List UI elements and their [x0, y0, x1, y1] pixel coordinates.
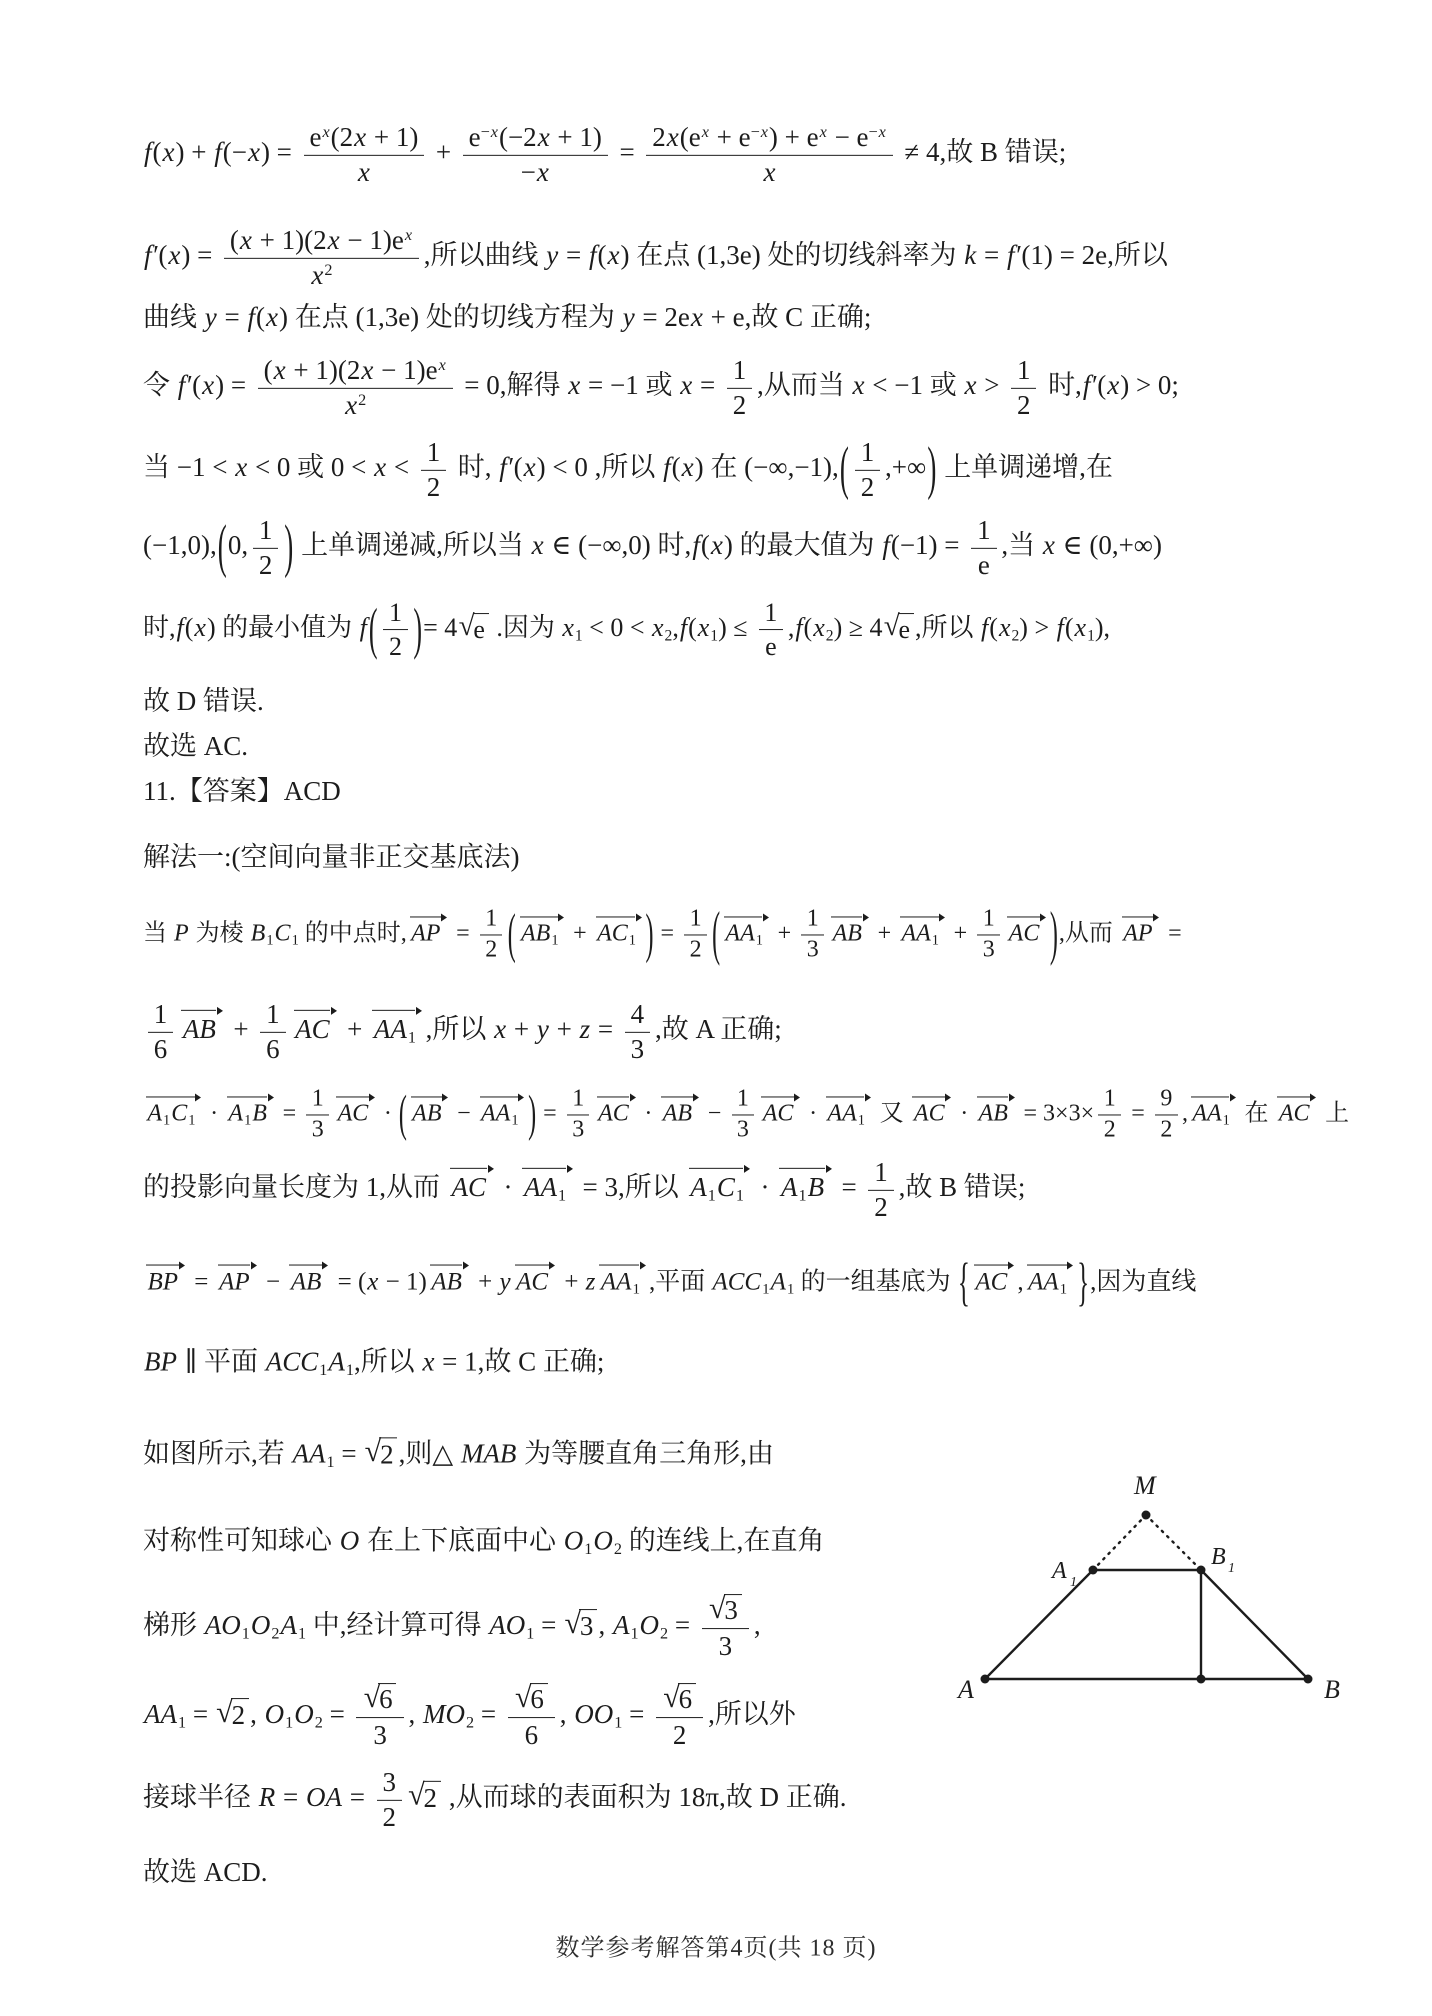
numerator: 1 — [1011, 355, 1036, 389]
math-text: ,所以 — [915, 613, 980, 642]
math-text: ) 在 (−∞,−1), — [695, 452, 839, 482]
math-text: ) = — [215, 370, 253, 400]
math-text: , — [250, 1699, 264, 1729]
subscript: 1 — [292, 933, 299, 949]
math-text: 上单调递增,在 — [937, 452, 1113, 482]
math-variable: C — [716, 1172, 736, 1202]
numerator: (x + 1)(2x − 1)ex — [258, 355, 453, 389]
math-text: + 1)(2 — [253, 225, 327, 255]
math-text: 1 — [558, 1187, 566, 1205]
radical-sign: √ — [515, 1682, 532, 1712]
math-text: − 1)e — [341, 225, 404, 255]
stretched-paren: } — [1077, 1251, 1089, 1317]
math-text: ( — [514, 452, 523, 482]
math-text: ) 的最大值为 — [724, 530, 882, 560]
subscript: 1 — [178, 1714, 186, 1732]
math-text: ,所以曲线 — [424, 240, 546, 270]
math-text: 1 — [266, 933, 273, 949]
label-a1: A — [1050, 1558, 1067, 1584]
stretched-paren: { — [958, 1251, 970, 1317]
numerator: 1 — [684, 905, 707, 935]
math-variable: O — [592, 1526, 614, 1556]
math-text: .因为 — [490, 613, 562, 642]
math-fraction: 12 — [383, 598, 407, 662]
math-variable: AB — [182, 1014, 217, 1044]
math-text: 2 — [232, 1700, 246, 1730]
math-text: = — [977, 240, 1006, 270]
math-variable: y — [545, 240, 559, 270]
math-text: 在 — [1238, 1101, 1274, 1127]
math-variable: x — [310, 260, 324, 290]
math-text: 2 — [485, 937, 497, 963]
math-text: = — [537, 1101, 563, 1127]
solution-line: BP = AP − AB = (x − 1)AB + yAC + zAA1,平面… — [143, 1257, 1196, 1300]
math-text: (−1,0), — [143, 530, 217, 560]
math-text: ( — [688, 613, 697, 642]
vector-overarrow: AA1 — [371, 1001, 424, 1047]
math-variable: x — [201, 370, 215, 400]
math-text: = — [654, 921, 680, 947]
math-text: = — [474, 1699, 503, 1729]
math-variable: x — [998, 613, 1012, 642]
math-text: − 1) — [379, 1269, 426, 1296]
math-text: , — [1182, 1101, 1188, 1127]
math-variable: x — [697, 613, 711, 642]
math-text: = — [276, 1782, 305, 1812]
math-text: = 2e — [636, 302, 690, 332]
math-text: ( — [153, 137, 162, 167]
vector-overarrow: AC — [513, 1257, 556, 1296]
vector-overarrow: AB — [976, 1089, 1016, 1127]
math-text: 上 — [1319, 1101, 1349, 1127]
numerator: √3 — [702, 1594, 749, 1629]
stretched-paren: ) — [528, 1084, 536, 1147]
stretched-paren: ) — [284, 511, 293, 585]
math-text: 的连线上,在直角 — [622, 1526, 825, 1556]
math-variable: O — [639, 1610, 661, 1640]
math-variable: AC — [337, 1101, 370, 1127]
math-text: 1 — [346, 1361, 354, 1379]
math-text: 3 — [373, 1720, 387, 1750]
math-fraction: 12 — [684, 905, 707, 964]
document-page: f(x) + f(−x) = ex(2x + 1)x + e−x(−2x + 1… — [0, 0, 1432, 2016]
math-text: e — [978, 550, 990, 580]
math-variable: AO — [488, 1610, 526, 1640]
solution-line: 曲线 y = f(x) 在点 (1,3e) 处的切线方程为 y = 2ex + … — [143, 301, 871, 335]
math-variable: OA — [305, 1782, 343, 1812]
vector-overarrow: A1C1 — [687, 1159, 752, 1205]
math-text: ,故 A 正确; — [655, 1014, 782, 1044]
math-variable: x — [273, 355, 287, 385]
numerator: 1 — [148, 999, 173, 1033]
math-variable: x — [763, 157, 777, 187]
math-text: (−2 — [499, 122, 537, 152]
math-text: ,故 B 错误; — [899, 1172, 1026, 1202]
math-variable: OO — [573, 1699, 614, 1729]
numerator: 1 — [480, 905, 503, 935]
solution-line: 解法一:(空间向量非正交基底法) — [143, 841, 519, 875]
math-variable: f — [359, 613, 368, 642]
denominator: 6 — [154, 1033, 168, 1066]
numerator: (x + 1)(2x − 1)ex — [224, 225, 419, 259]
math-text: − 1)e — [374, 355, 437, 385]
square-root: √3 — [709, 1594, 742, 1627]
math-variable: AP — [218, 1269, 251, 1296]
math-variable: AC — [974, 1269, 1008, 1296]
subscript: 2 — [315, 1714, 323, 1732]
math-variable: f — [176, 613, 185, 642]
math-text: 1 — [1017, 355, 1031, 385]
stretched-paren: ( — [369, 594, 378, 666]
subscript: 1 — [710, 627, 718, 644]
square-root: √e — [459, 613, 489, 647]
math-variable: x — [651, 613, 665, 642]
math-variable: x — [681, 452, 695, 482]
solution-line: 16AB + 16AC + AA1,所以 x + y + z = 43,故 A … — [143, 999, 782, 1065]
subscript: 1 — [408, 1029, 416, 1047]
math-text: 1 — [298, 1625, 306, 1643]
math-text: ) = — [181, 240, 219, 270]
math-text: 3 — [719, 1631, 733, 1661]
denominator: 2 — [1104, 1116, 1116, 1145]
solution-line: 如图所示,若 AA1 = √2,则△ MAB 为等腰直角三角形,由 — [143, 1437, 774, 1472]
math-variable: f′ — [1006, 240, 1021, 270]
radicand: 6 — [378, 1683, 396, 1716]
math-text: = — [1125, 1101, 1151, 1127]
math-variable: MO — [422, 1699, 466, 1729]
vector-overarrow: AC1 — [594, 909, 643, 949]
math-variable: x — [536, 157, 550, 187]
math-text: ,当 — [1001, 530, 1042, 560]
math-text: 3 — [737, 1117, 749, 1143]
math-text: = — [343, 1782, 372, 1812]
math-variable: AP — [1122, 921, 1153, 947]
math-text: > — [977, 370, 1006, 400]
math-text: 2 — [826, 627, 834, 644]
math-variable: x — [357, 157, 371, 187]
solution-line: 当 P 为棱 B1C1 的中点时,AP = 12(AB1 + AC1) = 12… — [143, 905, 1182, 964]
numerator: 4 — [625, 999, 650, 1033]
radical-sign: √ — [364, 1682, 381, 1712]
math-fraction: 2x(ex + e−x) + ex − e−xx — [646, 122, 893, 188]
math-text: 1 — [632, 1282, 640, 1298]
math-text: · — [754, 1172, 777, 1202]
math-variable: x — [239, 225, 253, 255]
math-variable: A — [780, 1172, 799, 1202]
math-variable: x — [321, 123, 330, 141]
math-text: = — [622, 1699, 651, 1729]
math-variable: AB — [411, 1101, 442, 1127]
math-variable: y — [622, 302, 636, 332]
subscript: 2 — [660, 1625, 668, 1643]
numerator: 1 — [732, 1085, 755, 1115]
denominator: 2 — [874, 1191, 888, 1224]
math-variable: AA — [373, 1014, 408, 1044]
math-text: + — [429, 137, 458, 167]
radicand: 2 — [423, 1781, 441, 1816]
math-text: 0, — [228, 530, 248, 560]
math-fraction: 1e — [971, 515, 996, 581]
numerator: 3 — [377, 1767, 402, 1801]
math-text: 的一组基底为 — [794, 1269, 957, 1296]
math-text: 令 — [143, 370, 177, 400]
math-text: = 1,故 C 正确; — [435, 1347, 604, 1377]
math-variable: MAB — [460, 1438, 517, 1468]
math-fraction: 12 — [1098, 1085, 1121, 1144]
math-variable: z — [585, 1269, 597, 1296]
numerator: 1 — [801, 905, 824, 935]
math-text: < −1 或 — [866, 370, 964, 400]
math-fraction: 12 — [1011, 355, 1036, 421]
math-variable: AC — [1278, 1101, 1311, 1127]
math-variable: A — [327, 1347, 346, 1377]
math-text: ,因为直线 — [1090, 1269, 1196, 1296]
vertex-a1 — [1089, 1566, 1098, 1575]
math-text: 3 — [312, 1117, 324, 1143]
math-text: 1 — [630, 1625, 638, 1643]
subscript: 1 — [266, 933, 273, 949]
radicand: 2 — [231, 1698, 249, 1733]
math-variable: A — [612, 1610, 631, 1640]
math-text: 1 — [575, 627, 583, 644]
math-text: 6 — [379, 1684, 393, 1714]
math-text: 2 — [652, 122, 666, 152]
math-fraction: 12 — [253, 515, 278, 581]
math-fraction: e−x(−2x + 1)−x — [463, 122, 608, 188]
math-text: ( — [192, 370, 201, 400]
math-text: ,从而 — [1059, 921, 1119, 947]
math-text: ∈ (0,+∞) — [1056, 530, 1162, 560]
math-text: 9 — [1160, 1085, 1172, 1111]
subscript: 1 — [511, 1113, 518, 1129]
subscript: 1 — [708, 1187, 716, 1205]
math-text: 1 — [1087, 627, 1095, 644]
math-text: , — [754, 1610, 761, 1640]
edge-m-a1 — [1093, 1515, 1146, 1570]
math-variable: x — [852, 370, 866, 400]
math-fraction: √66 — [508, 1683, 555, 1751]
vector-overarrow: AC — [760, 1089, 802, 1127]
solution-line: f(x) + f(−x) = ex(2x + 1)x + e−x(−2x + 1… — [143, 122, 1066, 188]
math-variable: f — [213, 137, 223, 167]
solution-line: 令 f′(x) = (x + 1)(2x − 1)exx2 = 0,解得 x =… — [143, 355, 1179, 421]
math-variable: x — [878, 123, 887, 141]
radicand: 6 — [530, 1683, 548, 1716]
math-variable: x — [344, 390, 358, 420]
math-text: ( — [598, 240, 607, 270]
math-text: 时, — [1041, 370, 1082, 400]
math-variable: AA — [143, 1699, 178, 1729]
math-text: 1 — [266, 999, 280, 1029]
math-text: 2 — [660, 1625, 668, 1643]
radicand: e — [898, 613, 914, 647]
math-variable: AB — [978, 1101, 1009, 1127]
math-variable: AA — [724, 921, 755, 947]
math-variable: AA — [523, 1172, 558, 1202]
math-text: 1 — [1104, 1085, 1116, 1111]
math-text: 1 — [736, 1187, 744, 1205]
solution-line: 故 D 错误. — [143, 685, 264, 719]
math-fraction: √33 — [702, 1594, 749, 1662]
math-text: = — [188, 1269, 215, 1296]
subscript: 1 — [346, 1361, 354, 1379]
denominator: x2 — [310, 259, 332, 292]
math-text: 1 — [733, 355, 747, 385]
math-variable: AB — [832, 921, 863, 947]
math-variable: x — [561, 613, 575, 642]
vector-overarrow: BP — [145, 1257, 187, 1296]
math-variable: x — [373, 452, 387, 482]
square-root: √e — [884, 613, 914, 647]
math-variable: x — [438, 356, 447, 374]
vector-overarrow: AP — [216, 1257, 258, 1296]
math-text: ) 在点 (1,3e) 处的切线方程为 — [279, 302, 622, 332]
vector-overarrow: AC — [292, 1001, 339, 1043]
math-variable: A — [770, 1269, 787, 1296]
solution-line: 时,f(x) 的最小值为 f(12)= 4√e .因为 x1 < 0 < x2,… — [143, 598, 1110, 662]
square-root: √2 — [365, 1437, 398, 1472]
superscript: −x — [869, 123, 887, 141]
denominator: e — [765, 631, 777, 662]
math-text: = — [277, 1101, 303, 1127]
math-text: 1 — [178, 1714, 186, 1732]
numerator: √6 — [656, 1683, 703, 1718]
math-variable: AA — [900, 921, 931, 947]
denominator: x2 — [344, 389, 366, 422]
radical-sign: √ — [663, 1682, 680, 1712]
math-text: 1 — [427, 437, 441, 467]
math-variable: x — [531, 530, 545, 560]
denominator: 2 — [690, 936, 702, 965]
math-text: = — [1162, 921, 1182, 947]
vector-overarrow: AA1 — [723, 909, 771, 949]
denominator: 2 — [733, 389, 747, 422]
math-text: = −1 或 — [581, 370, 679, 400]
math-text: 2 — [315, 1714, 323, 1732]
numerator: 1 — [260, 999, 285, 1033]
denominator: 3 — [983, 936, 995, 965]
subscript: 1 — [1060, 1282, 1068, 1298]
denominator: 3 — [737, 1116, 749, 1145]
math-variable: x — [234, 452, 248, 482]
math-text: ,从而当 — [757, 370, 852, 400]
math-text: = — [835, 1172, 864, 1202]
math-text: 对称性可知球心 — [143, 1526, 339, 1556]
math-text: ) 的最小值为 — [207, 613, 359, 642]
math-fraction: (x + 1)(2x − 1)exx2 — [258, 355, 453, 421]
math-text: 1 — [408, 1029, 416, 1047]
math-text: 解法一:(空间向量非正交基底法) — [143, 842, 519, 872]
denominator: 3 — [312, 1116, 324, 1145]
math-variable: x — [760, 123, 769, 141]
vector-overarrow: AC — [911, 1089, 953, 1127]
denominator: 2 — [1017, 389, 1031, 422]
math-text: 梯形 — [143, 1610, 204, 1640]
math-text: 1 — [710, 627, 718, 644]
math-variable: BP — [147, 1269, 180, 1296]
math-variable: O — [293, 1699, 315, 1729]
math-text: 2 — [324, 261, 332, 279]
radicand: e — [473, 613, 489, 647]
math-text: + 1) — [551, 122, 602, 152]
math-variable: ACC — [265, 1347, 320, 1377]
math-text: 2 — [424, 1783, 438, 1813]
math-text: = — [668, 1610, 697, 1640]
math-text: = 0,解得 — [458, 370, 568, 400]
math-text: 1 — [977, 515, 991, 545]
math-variable: x — [327, 225, 341, 255]
math-variable: x — [404, 226, 413, 244]
math-fraction: √63 — [356, 1683, 403, 1751]
math-text: , — [1017, 1269, 1023, 1296]
math-variable: f′ — [177, 370, 192, 400]
vertex-b1 — [1197, 1566, 1206, 1575]
math-variable: x — [1042, 530, 1056, 560]
math-text: 当 −1 < — [143, 452, 234, 482]
vector-overarrow: AC — [1276, 1089, 1318, 1127]
math-text: + — [772, 921, 798, 947]
math-text: 故 D 错误. — [143, 686, 264, 716]
stretched-paren: ) — [413, 594, 422, 666]
superscript: 2 — [324, 261, 332, 279]
radical-sign: √ — [408, 1780, 425, 1810]
math-text: ) > — [1019, 613, 1055, 642]
math-text: (−1) = — [891, 530, 966, 560]
math-fraction: 12 — [855, 437, 880, 503]
math-text: 1 — [807, 905, 819, 931]
solution-line: 接球半径 R = OA = 32√2 ,从而球的表面积为 18π,故 D 正确. — [143, 1767, 847, 1833]
radical-sign: √ — [459, 612, 475, 641]
math-text: + — [340, 1014, 369, 1044]
math-fraction: √62 — [656, 1683, 703, 1751]
math-fraction: (x + 1)(2x − 1)exx2 — [224, 225, 419, 291]
math-text: 1 — [756, 933, 763, 949]
math-text: ) + e — [769, 122, 819, 152]
math-variable: x — [679, 370, 693, 400]
math-text: ) < 0 ,所以 — [537, 452, 662, 482]
vector-overarrow: AB — [428, 1257, 470, 1296]
label-b: B — [1324, 1675, 1340, 1704]
math-variable: A — [227, 1101, 244, 1127]
denominator: e — [978, 549, 990, 582]
math-variable: x — [690, 302, 704, 332]
math-text: 1 — [188, 1113, 195, 1129]
math-text: − — [521, 157, 536, 187]
math-text: = — [323, 1699, 352, 1729]
label-a: A — [956, 1675, 974, 1704]
math-text: ) + — [176, 137, 214, 167]
math-text: 2 — [259, 550, 273, 580]
solution-line: f′(x) = (x + 1)(2x − 1)exx2,所以曲线 y = f(x… — [143, 225, 1168, 291]
math-variable: AC — [597, 1101, 630, 1127]
math-variable: f′ — [498, 452, 513, 482]
superscript: −x — [751, 123, 769, 141]
vector-overarrow: AB — [288, 1257, 330, 1296]
solution-line: 对称性可知球心 O 在上下底面中心 O1O2 的连线上,在直角 — [143, 1525, 824, 1560]
denominator: 3 — [631, 1033, 645, 1066]
math-text: 故选 ACD. — [143, 1857, 268, 1887]
radical-sign: √ — [884, 612, 900, 641]
vector-overarrow: AA1 — [1025, 1257, 1075, 1299]
math-variable: AB — [430, 1269, 463, 1296]
radicand: 6 — [678, 1683, 696, 1716]
vertex-a — [981, 1675, 990, 1684]
math-variable: B — [250, 921, 267, 947]
subscript: 1 — [188, 1113, 195, 1129]
radicand: 2 — [379, 1437, 397, 1472]
label-m: M — [1133, 1471, 1157, 1500]
superscript: x — [438, 356, 447, 374]
